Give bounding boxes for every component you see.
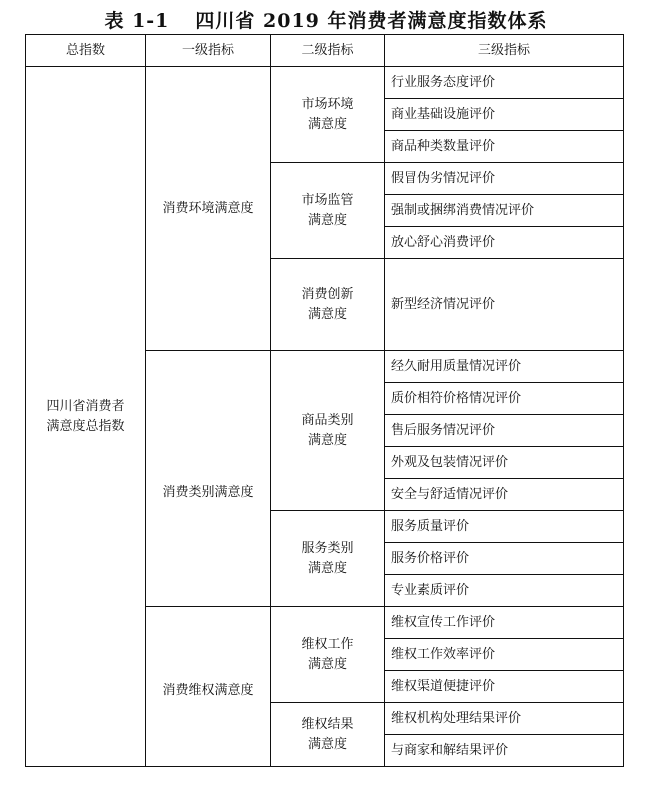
total-index-cell: 四川省消费者满意度总指数 [26,67,146,767]
level2-cell: 市场监管满意度 [271,163,385,259]
level3-cell: 售后服务情况评价 [385,415,624,447]
level3-cell: 行业服务态度评价 [385,67,624,99]
table-title: 四川省 2019 年消费者满意度指数体系 [195,10,547,32]
level2-cell: 消费创新满意度 [271,259,385,351]
header-level2: 二级指标 [271,35,385,67]
level3-cell: 服务价格评价 [385,543,624,575]
level3-cell: 服务质量评价 [385,511,624,543]
level2-cell: 市场环境满意度 [271,67,385,163]
level3-cell: 维权机构处理结果评价 [385,703,624,735]
level1-cell: 消费维权满意度 [146,607,271,767]
level3-cell: 质价相符价格情况评价 [385,383,624,415]
level2-cell: 维权结果满意度 [271,703,385,767]
level1-cell: 消费环境满意度 [146,67,271,351]
level3-cell: 强制或捆绑消费情况评价 [385,195,624,227]
level2-cell: 维权工作满意度 [271,607,385,703]
header-level1: 一级指标 [146,35,271,67]
level3-cell: 商业基础设施评价 [385,99,624,131]
level2-cell: 服务类别满意度 [271,511,385,607]
header-level3: 三级指标 [385,35,624,67]
level1-cell: 消费类别满意度 [146,351,271,607]
table-caption: 表 1-1四川省 2019 年消费者满意度指数体系 [0,6,652,33]
level3-cell: 专业素质评价 [385,575,624,607]
level3-cell: 新型经济情况评价 [385,259,624,351]
table-number: 表 1-1 [104,10,169,32]
level3-cell: 商品种类数量评价 [385,131,624,163]
level3-cell: 维权工作效率评价 [385,639,624,671]
table-row: 四川省消费者满意度总指数 消费环境满意度 市场环境满意度 行业服务态度评价 [26,67,624,99]
level3-cell: 放心舒心消费评价 [385,227,624,259]
level2-cell: 商品类别满意度 [271,351,385,511]
level3-cell: 外观及包装情况评价 [385,447,624,479]
total-index-line1: 四川省消费者 [46,399,124,414]
level3-cell: 维权宣传工作评价 [385,607,624,639]
header-row: 总指数 一级指标 二级指标 三级指标 [26,35,624,67]
index-system-table: 总指数 一级指标 二级指标 三级指标 四川省消费者满意度总指数 消费环境满意度 … [25,34,624,767]
level3-cell: 与商家和解结果评价 [385,735,624,767]
header-total-index: 总指数 [26,35,146,67]
level3-cell: 安全与舒适情况评价 [385,479,624,511]
level3-cell: 假冒伪劣情况评价 [385,163,624,195]
level3-cell: 经久耐用质量情况评价 [385,351,624,383]
level3-cell: 维权渠道便捷评价 [385,671,624,703]
total-index-line2: 满意度总指数 [46,419,124,434]
